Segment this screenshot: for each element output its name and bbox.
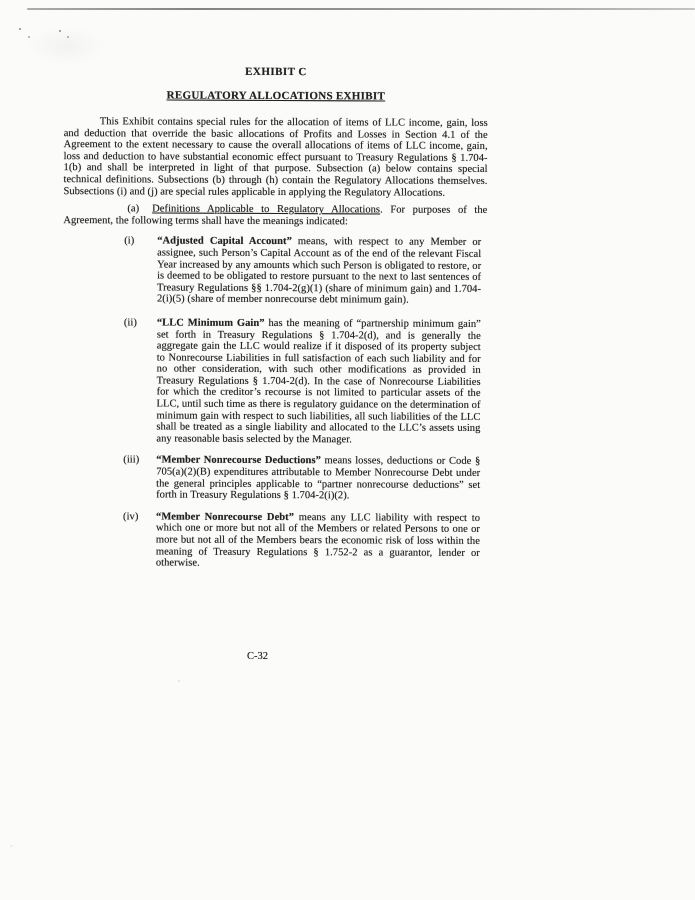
section-a-paragraph: (a)Definitions Applicable to Regulatory … [63,203,487,228]
definition-label: (iv) [123,511,156,569]
definition-term: “LLC Minimum Gain” [157,317,265,328]
scan-speckle [59,30,61,32]
scanned-document-page: EXHIBIT C REGULATORY ALLOCATIONS EXHIBIT… [0,0,695,900]
definition-term: “Member Nonrecourse Debt” [156,511,294,523]
definition-term: “Member Nonrecourse Deductions” [156,455,321,467]
intro-paragraph: This Exhibit contains special rules for … [63,116,487,199]
definition-text: has the meaning of “partnership minimum … [156,318,481,445]
page-number: C-32 [247,651,268,663]
definition-body: “Member Nonrecourse Deductions” means lo… [156,455,480,503]
definition-item-ii: (ii) “LLC Minimum Gain” has the meaning … [62,317,487,446]
definition-item-iii: (iii) “Member Nonrecourse Deductions” me… [62,455,486,503]
definition-item-iv: (iv) “Member Nonrecourse Debt” means any… [62,511,486,571]
section-a-label: (a) [127,204,139,215]
definition-label: (i) [124,236,157,306]
definition-label: (iii) [123,455,156,502]
definition-body: “LLC Minimum Gain” has the meaning of “p… [156,317,481,446]
scan-smudge [26,26,106,66]
scan-speckle [178,680,180,682]
scan-speckle [19,28,21,30]
definition-label: (ii) [123,317,157,445]
document-content: EXHIBIT C REGULATORY ALLOCATIONS EXHIBIT… [62,65,488,571]
definition-body: “Member Nonrecourse Debt” means any LLC … [156,511,480,570]
definition-item-i: (i) “Adjusted Capital Account” means, wi… [63,235,487,306]
scan-artifact-line [27,8,695,10]
scan-speckle [10,845,13,847]
definition-text: means, with respect to any Member or ass… [157,236,481,305]
scan-speckle [28,36,30,38]
scan-speckle [67,36,69,38]
exhibit-title: EXHIBIT C [64,65,488,80]
section-a-heading: Definitions Applicable to Regulatory All… [152,204,380,216]
definition-term: “Adjusted Capital Account” [157,236,292,248]
definition-body: “Adjusted Capital Account” means, with r… [157,236,481,307]
exhibit-subtitle: REGULATORY ALLOCATIONS EXHIBIT [64,89,488,104]
